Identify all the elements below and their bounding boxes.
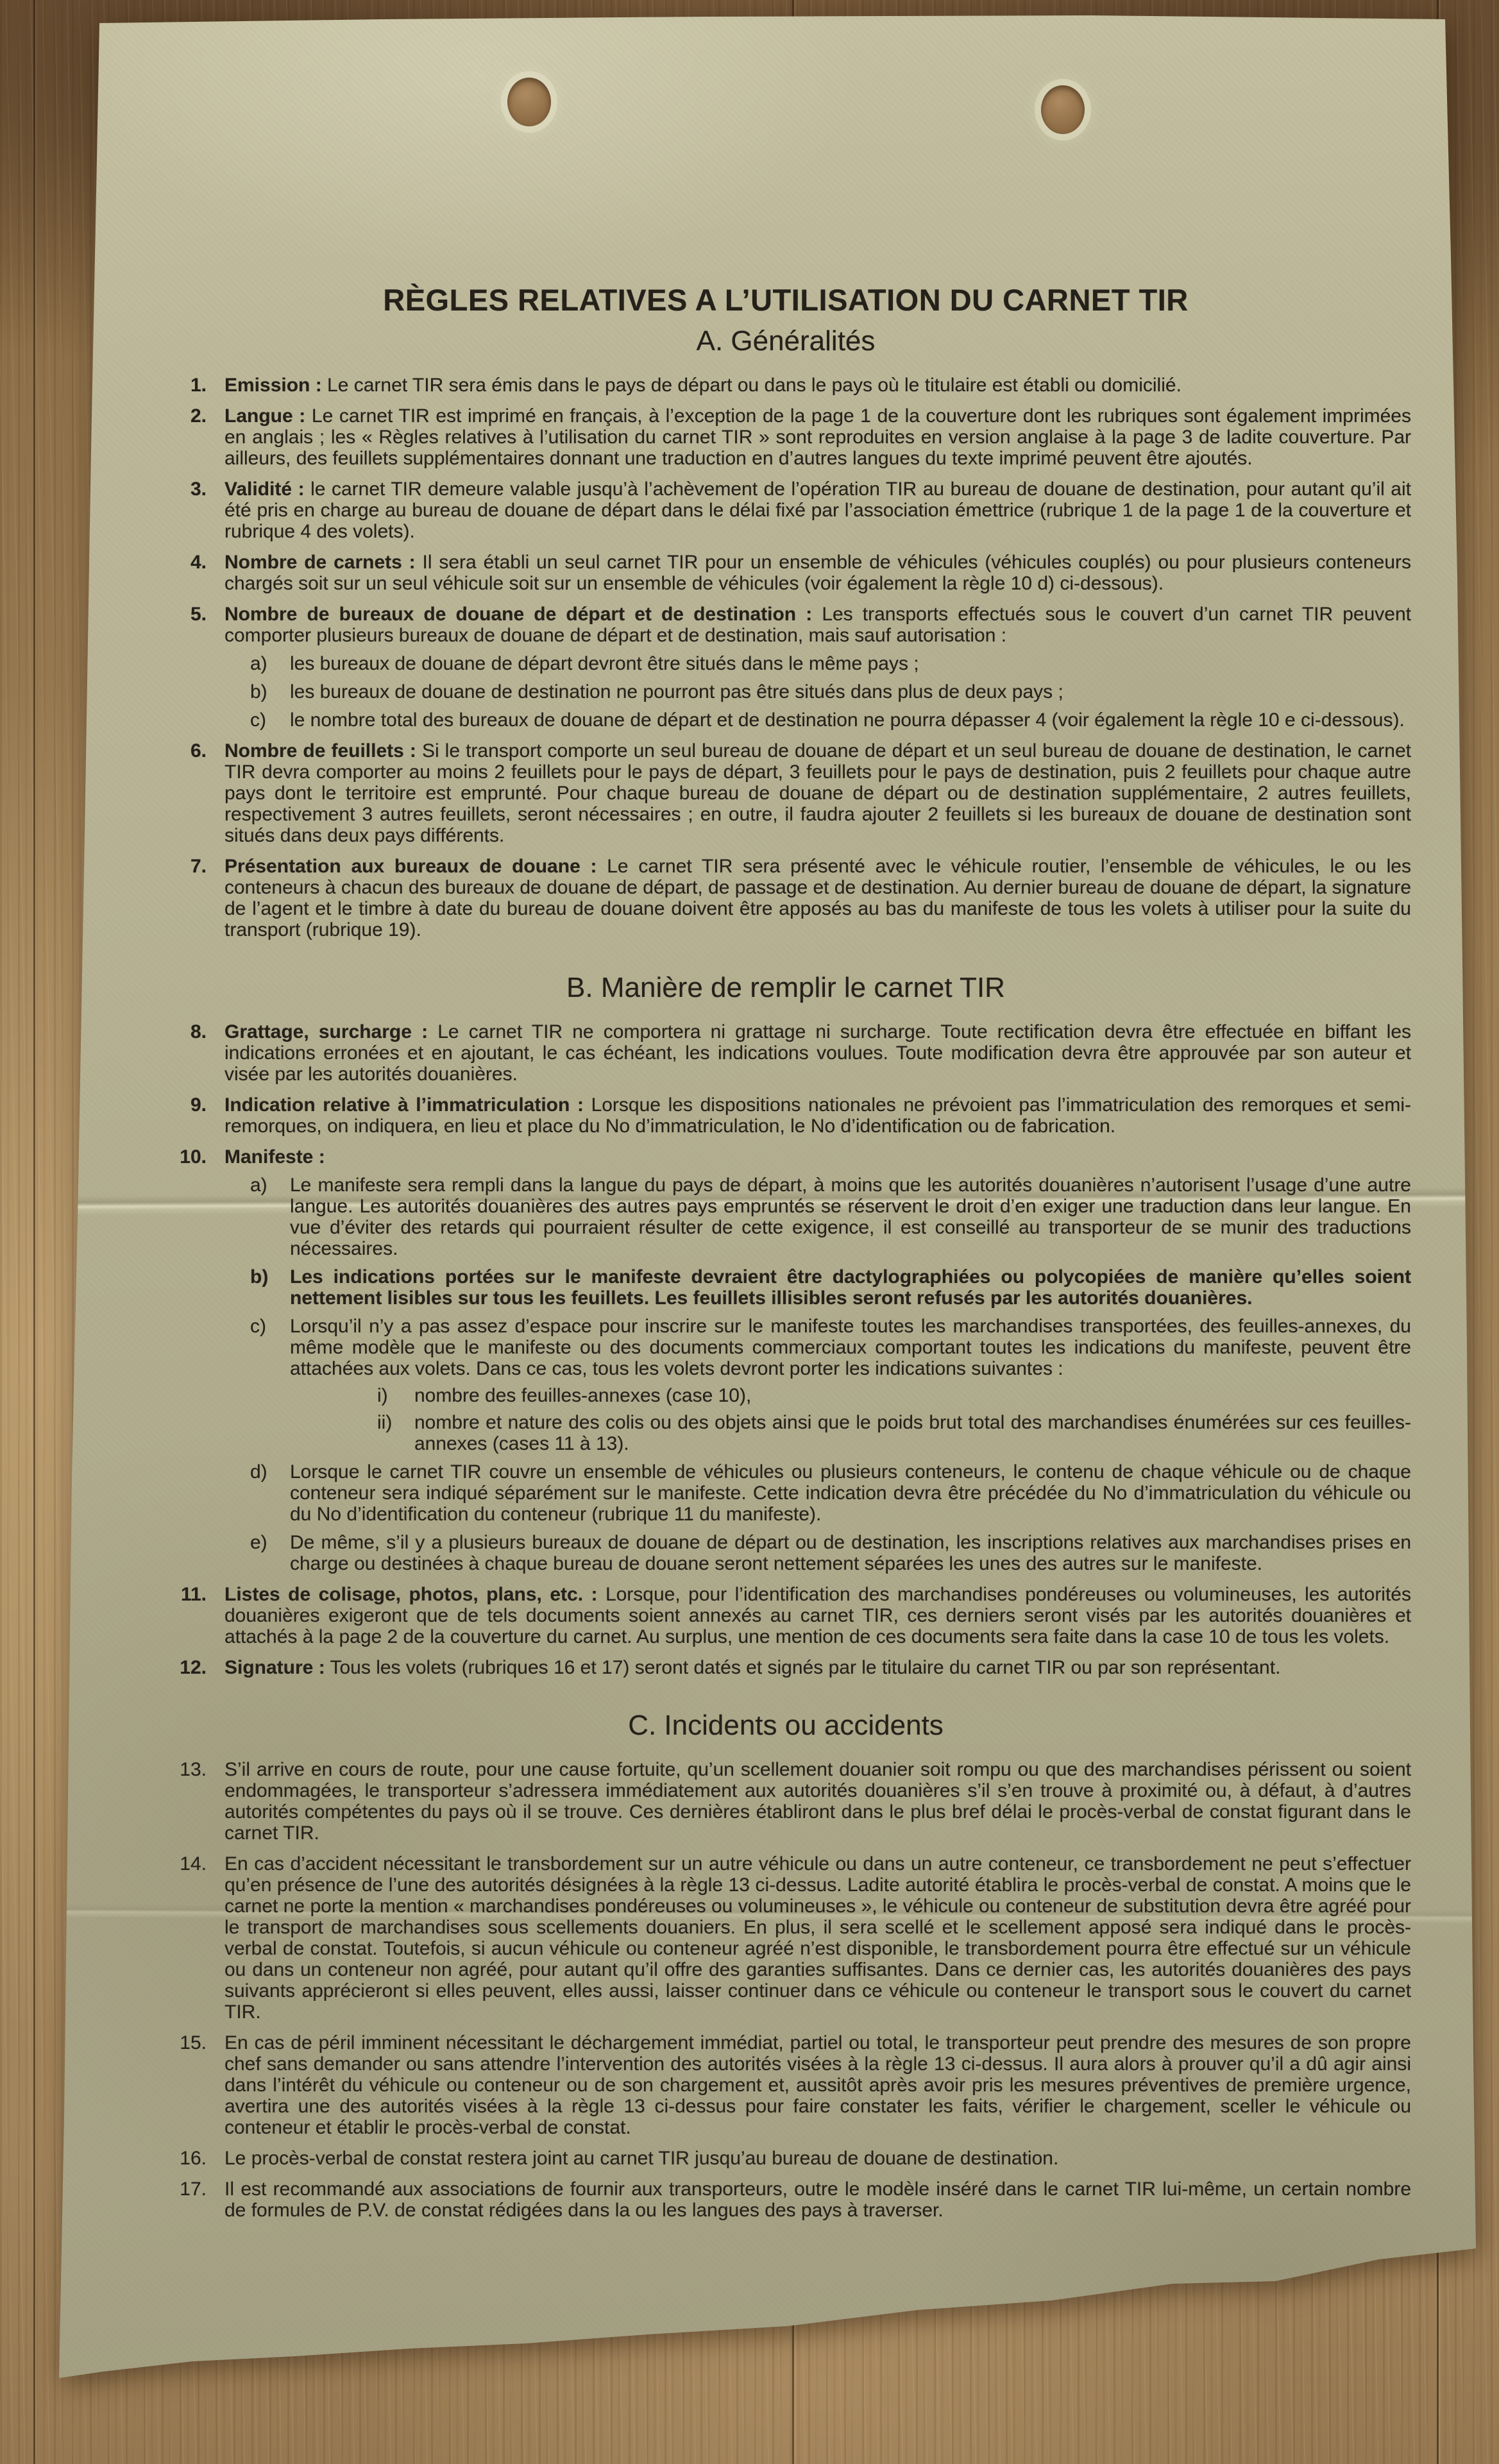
- sub-item-text: les bureaux de douane de départ devront …: [290, 653, 919, 674]
- sub-item: c) Lorsqu’il n’y a pas assez d’espace po…: [250, 1316, 1411, 1454]
- sub-item-text: Les indications portées sur le manifeste…: [290, 1266, 1411, 1309]
- sub-item-text: le nombre total des bureaux de douane de…: [290, 709, 1405, 731]
- sub-item-marker: c): [250, 1316, 266, 1337]
- item-label: Indication relative à l’immatriculation …: [224, 1094, 584, 1116]
- section-heading-a: A. Généralités: [160, 325, 1411, 358]
- sub-sub-item: ii) nombre et nature des colis ou des ob…: [377, 1412, 1411, 1454]
- sub-item: e) De même, s’il y a plusieurs bureaux d…: [250, 1532, 1411, 1574]
- sub-sub-item-text: nombre des feuilles-annexes (case 10),: [414, 1385, 751, 1406]
- item-number: 3.: [160, 479, 207, 500]
- item-number: 15.: [160, 2032, 207, 2053]
- item-text: S’il arrive en cours de route, pour une …: [224, 1759, 1411, 1844]
- sub-item-marker: b): [250, 1266, 268, 1287]
- sub-sub-item-marker: i): [377, 1385, 388, 1406]
- item-number: 6.: [160, 740, 207, 761]
- sub-item: a) Le manifeste sera rempli dans la lang…: [250, 1175, 1411, 1259]
- item-text: Le carnet TIR est imprimé en français, à…: [224, 405, 1411, 469]
- item-label: Listes de colisage, photos, plans, etc. …: [224, 1584, 597, 1605]
- item-text: En cas d’accident nécessitant le transbo…: [224, 1853, 1411, 2023]
- item-label: Présentation aux bureaux de douane :: [224, 856, 597, 877]
- item-number: 2.: [160, 405, 207, 427]
- item-label: Langue :: [224, 405, 305, 427]
- list-item: 10. Manifeste : a) Le manifeste sera rem…: [160, 1146, 1411, 1574]
- item-number: 8.: [160, 1021, 207, 1042]
- sub-item: a) les bureaux de douane de départ devro…: [250, 653, 1411, 674]
- item-label: Nombre de bureaux de douane de départ et…: [224, 604, 812, 625]
- item-text: Le carnet TIR sera émis dans le pays de …: [327, 375, 1181, 396]
- list-item: 9. Indication relative à l’immatriculati…: [160, 1094, 1411, 1137]
- sub-item: b) Les indications portées sur le manife…: [250, 1266, 1411, 1309]
- sub-item: d) Lorsque le carnet TIR couvre un ensem…: [250, 1461, 1411, 1525]
- item-number: 9.: [160, 1094, 207, 1116]
- sub-item-text: De même, s’il y a plusieurs bureaux de d…: [290, 1532, 1411, 1574]
- sub-sub-item-marker: ii): [377, 1412, 392, 1433]
- item-number: 11.: [160, 1584, 207, 1605]
- list-item: 4. Nombre de carnets : Il sera établi un…: [160, 552, 1411, 594]
- list-item: 11. Listes de colisage, photos, plans, e…: [160, 1584, 1411, 1647]
- item-label: Validité :: [224, 479, 305, 500]
- list-item: 12. Signature : Tous les volets (rubriqu…: [160, 1657, 1411, 1678]
- sub-item-marker: e): [250, 1532, 267, 1553]
- item-number: 12.: [160, 1657, 207, 1678]
- item-label: Grattage, surcharge :: [224, 1021, 428, 1042]
- item-text: le carnet TIR demeure valable jusqu’à l’…: [224, 479, 1411, 542]
- list-item: 6. Nombre de feuillets : Si le transport…: [160, 740, 1411, 846]
- section-heading-b: B. Manière de remplir le carnet TIR: [160, 971, 1411, 1005]
- document-content: RÈGLES RELATIVES A L’UTILISATION DU CARN…: [160, 282, 1411, 2221]
- item-text: Tous les volets (rubriques 16 et 17) ser…: [330, 1657, 1280, 1678]
- list-item: 16. Le procès-verbal de constat restera …: [160, 2148, 1411, 2169]
- section-a: 1. Emission : Le carnet TIR sera émis da…: [160, 375, 1411, 940]
- sub-item-text: Lorsque le carnet TIR couvre un ensemble…: [290, 1461, 1411, 1525]
- item-label: Nombre de carnets :: [224, 552, 416, 573]
- list-item: 17. Il est recommandé aux associations d…: [160, 2179, 1411, 2221]
- punch-hole-left: [507, 78, 551, 126]
- section-heading-c: C. Incidents ou accidents: [160, 1709, 1411, 1742]
- item-number: 14.: [160, 1853, 207, 1874]
- sub-item-marker: a): [250, 653, 267, 674]
- list-item: 5. Nombre de bureaux de douane de départ…: [160, 604, 1411, 731]
- item-text: Il est recommandé aux associations de fo…: [224, 2179, 1411, 2221]
- list-item: 3. Validité : le carnet TIR demeure vala…: [160, 479, 1411, 542]
- section-b: 8. Grattage, surcharge : Le carnet TIR n…: [160, 1021, 1411, 1678]
- sub-sub-item-text: nombre et nature des colis ou des objets…: [414, 1412, 1411, 1454]
- item-label: Manifeste :: [224, 1146, 325, 1168]
- sub-item: c) le nombre total des bureaux de douane…: [250, 709, 1411, 731]
- section-c: 13. S’il arrive en cours de route, pour …: [160, 1759, 1411, 2221]
- item-label: Emission :: [224, 375, 322, 396]
- list-item: 2. Langue : Le carnet TIR est imprimé en…: [160, 405, 1411, 469]
- item-number: 1.: [160, 375, 207, 396]
- item-number: 10.: [160, 1146, 207, 1168]
- sub-item-marker: a): [250, 1175, 267, 1196]
- item-number: 4.: [160, 552, 207, 573]
- sub-item-text: les bureaux de douane de destination ne …: [290, 681, 1063, 702]
- sub-item-marker: d): [250, 1461, 267, 1483]
- sub-sub-item: i) nombre des feuilles-annexes (case 10)…: [377, 1385, 1411, 1406]
- item-number: 13.: [160, 1759, 207, 1780]
- item-label: Signature :: [224, 1657, 325, 1678]
- item-number: 17.: [160, 2179, 207, 2200]
- list-item: 15. En cas de péril imminent nécessitant…: [160, 2032, 1411, 2138]
- sub-item-marker: b): [250, 681, 267, 702]
- punch-hole-right: [1041, 85, 1085, 134]
- item-number: 5.: [160, 604, 207, 625]
- paper-sheet-wrapper: RÈGLES RELATIVES A L’UTILISATION DU CARN…: [0, 0, 1499, 2464]
- item-text: Le procès-verbal de constat restera join…: [224, 2148, 1058, 2169]
- list-item: 8. Grattage, surcharge : Le carnet TIR n…: [160, 1021, 1411, 1085]
- sub-item-text: Le manifeste sera rempli dans la langue …: [290, 1175, 1411, 1259]
- document-title: RÈGLES RELATIVES A L’UTILISATION DU CARN…: [160, 282, 1411, 318]
- list-item: 14. En cas d’accident nécessitant le tra…: [160, 1853, 1411, 2023]
- item-number: 16.: [160, 2148, 207, 2169]
- list-item: 7. Présentation aux bureaux de douane : …: [160, 856, 1411, 940]
- item-text: En cas de péril imminent nécessitant le …: [224, 2032, 1411, 2138]
- item-label: Nombre de feuillets :: [224, 740, 416, 761]
- list-item: 13. S’il arrive en cours de route, pour …: [160, 1759, 1411, 1844]
- list-item: 1. Emission : Le carnet TIR sera émis da…: [160, 375, 1411, 396]
- paper-document: RÈGLES RELATIVES A L’UTILISATION DU CARN…: [0, 0, 1499, 2464]
- sub-item: b) les bureaux de douane de destination …: [250, 681, 1411, 702]
- sub-item-text: Lorsqu’il n’y a pas assez d’espace pour …: [290, 1316, 1411, 1379]
- photo-of-document: RÈGLES RELATIVES A L’UTILISATION DU CARN…: [0, 0, 1499, 2464]
- item-number: 7.: [160, 856, 207, 877]
- sub-item-marker: c): [250, 709, 266, 731]
